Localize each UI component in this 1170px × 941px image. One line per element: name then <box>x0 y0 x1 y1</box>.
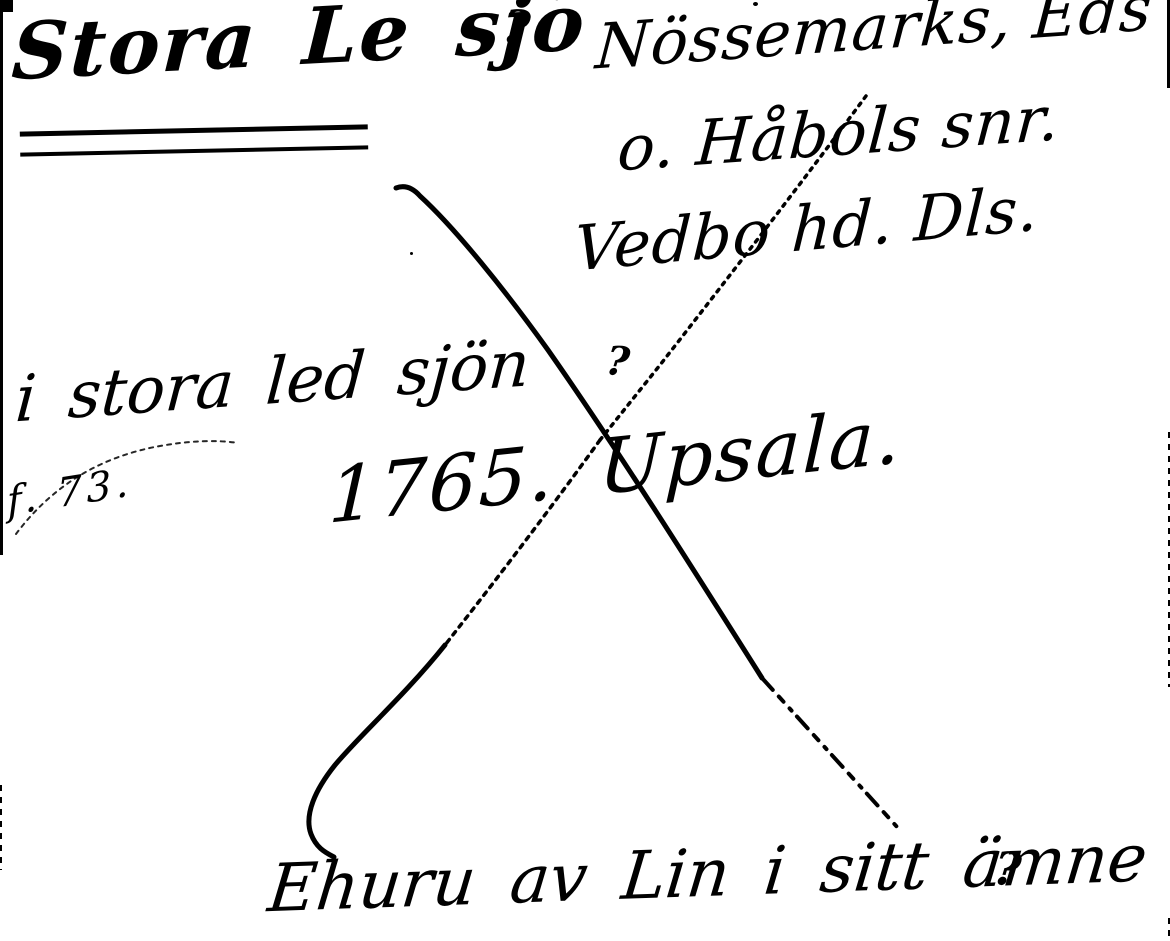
strike-stroke-b-solid-lower <box>309 645 445 857</box>
bottom-question-mark: ? <box>992 845 1024 894</box>
locality-line-3: Vedbo hd. Dls. <box>573 177 1041 280</box>
locality-line-2: o. Håbols snr. <box>616 87 1063 180</box>
scan-border-left-dashed <box>0 785 2 870</box>
locality-line-1: Nössemarks, Eds <box>594 0 1155 78</box>
scan-border-left-solid <box>0 0 3 555</box>
scan-speck-top <box>753 2 758 6</box>
scan-speck-mid <box>410 252 413 255</box>
page-reference: f. 73. <box>6 462 133 522</box>
variant-name-line: i stora led sjön <box>13 332 531 432</box>
strike-stroke-a-dashed-tail <box>762 678 898 828</box>
headword-question-mark: ? <box>501 3 533 52</box>
year-place-line: 1765. Upsala. <box>327 398 903 535</box>
scanned-archive-card: Stora Le sjö ? Nössemarks, Eds o. Håbols… <box>0 0 1170 941</box>
variant-question-mark: ? <box>604 341 631 383</box>
headword-double-underline <box>20 124 368 156</box>
